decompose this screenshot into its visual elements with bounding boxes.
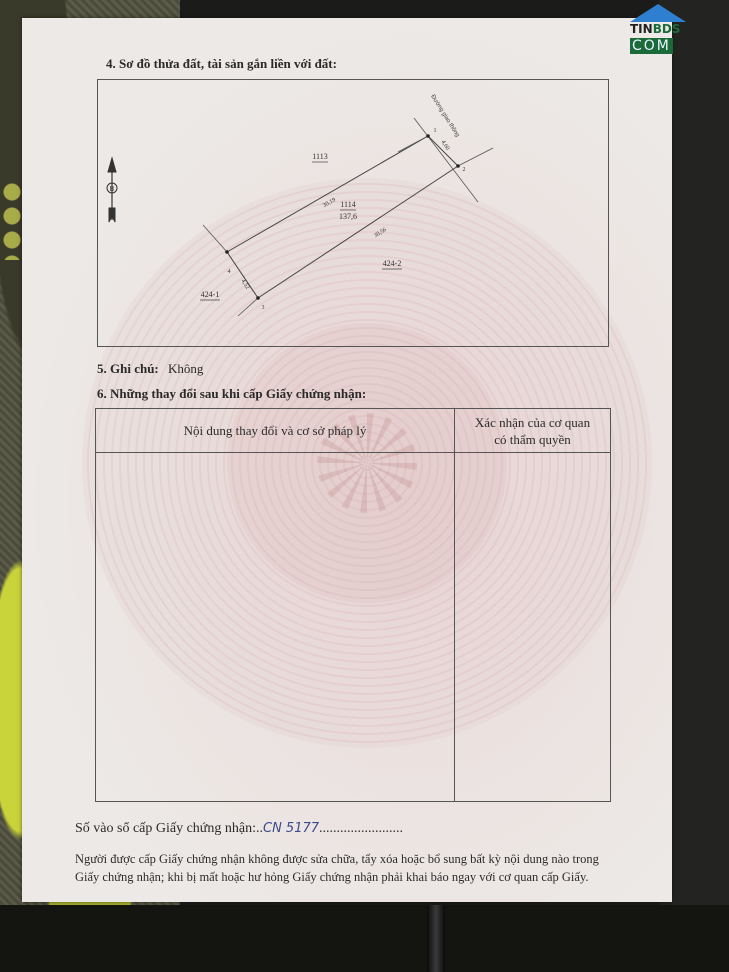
svg-text:1113: 1113 <box>312 152 327 161</box>
section5-value: Không <box>168 361 203 376</box>
logo-text-top: TINBDS <box>630 22 680 36</box>
table-divider-horizontal <box>96 452 610 453</box>
section6-title: 6. Những thay đổi sau khi cấp Giấy chứng… <box>97 386 366 402</box>
serial-dots-before: .. <box>256 821 263 836</box>
changes-table: Nội dung thay đổi và cơ sở pháp lý Xác n… <box>95 408 611 802</box>
house-roof-icon <box>630 4 686 22</box>
parcel-diagram-svg: B Đường giao thông 1114137,61113424-2424… <box>98 80 608 346</box>
section5-title: 5. Ghi chú: Không <box>97 361 203 377</box>
notice-line-2: Giấy chứng nhận; khi bị mất hoặc hư hỏng… <box>75 868 655 886</box>
column-header-authority-confirmation: Xác nhận của cơ quancó thẩm quyền <box>455 409 610 452</box>
column-header-line1: Xác nhận của cơ quan <box>475 415 590 430</box>
svg-text:424-2: 424-2 <box>383 259 402 268</box>
svg-text:4,52: 4,52 <box>240 278 251 290</box>
column-header-line2: có thẩm quyền <box>494 432 571 447</box>
table-divider-vertical <box>454 409 455 801</box>
certificate-page: 4. Sơ đồ thửa đất, tài sản gắn liền với … <box>22 18 672 902</box>
serial-value: CN 5177 <box>263 821 319 836</box>
svg-text:B: B <box>110 186 115 193</box>
logo-bds: BDS <box>653 22 681 36</box>
svg-text:137,6: 137,6 <box>339 212 357 221</box>
svg-text:30,56: 30,56 <box>373 227 388 239</box>
serial-dots-after: ........................ <box>319 821 403 836</box>
serial-label: Số vào sổ cấp Giấy chứng nhận: <box>75 821 256 836</box>
svg-text:2: 2 <box>463 167 466 173</box>
background-rod <box>427 905 445 972</box>
svg-text:3: 3 <box>262 305 265 311</box>
column-header-change-content: Nội dung thay đổi và cơ sở pháp lý <box>96 409 454 452</box>
certificate-serial-line: Số vào sổ cấp Giấy chứng nhận:..CN 5177.… <box>75 821 403 837</box>
svg-text:4: 4 <box>228 269 231 275</box>
svg-text:1: 1 <box>434 128 437 134</box>
background-bottom <box>0 905 729 972</box>
logo-com: COM <box>630 38 673 54</box>
section5-label: 5. Ghi chú: <box>97 361 159 376</box>
svg-text:30,19: 30,19 <box>322 197 337 209</box>
tinbds-logo: TINBDS COM <box>624 2 684 62</box>
parcel-diagram: B Đường giao thông 1114137,61113424-2424… <box>97 79 609 347</box>
notice-text: Người được cấp Giấy chứng nhận không đượ… <box>75 850 655 886</box>
svg-text:424-1: 424-1 <box>201 290 220 299</box>
section4-title: 4. Sơ đồ thửa đất, tài sản gắn liền với … <box>106 56 337 72</box>
svg-text:1114: 1114 <box>340 200 355 209</box>
notice-line-1: Người được cấp Giấy chứng nhận không đượ… <box>75 850 655 868</box>
logo-tin: TIN <box>630 22 653 36</box>
